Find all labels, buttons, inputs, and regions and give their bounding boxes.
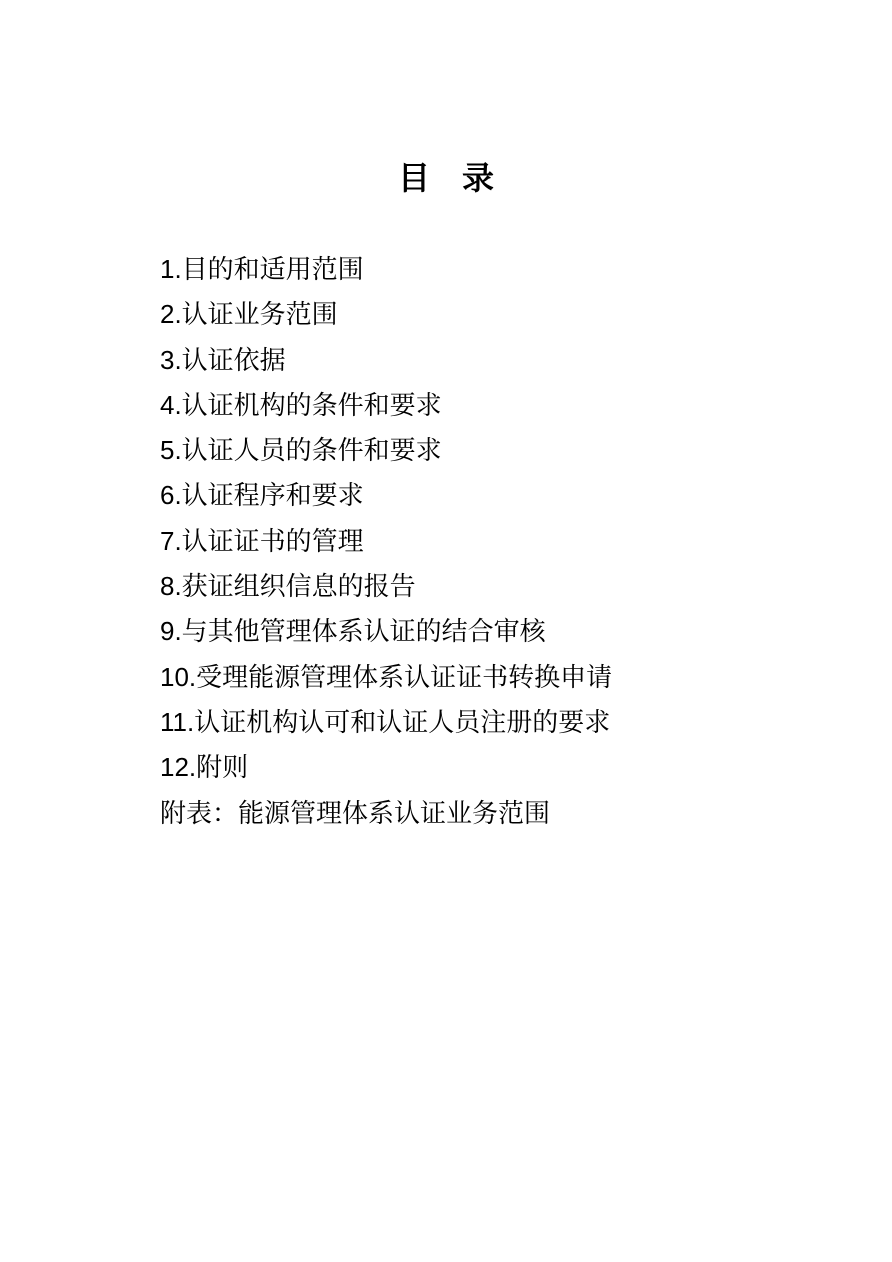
- toc-item: 9.与其他管理体系认证的结合审核: [160, 609, 792, 654]
- toc-item: 7.认证证书的管理: [160, 519, 792, 564]
- toc-item: 1.目的和适用范围: [160, 247, 792, 292]
- page-title: 目 录: [0, 160, 892, 196]
- toc-item: 4.认证机构的条件和要求: [160, 383, 792, 428]
- toc-item: 3.认证依据: [160, 338, 792, 383]
- toc-item: 2.认证业务范围: [160, 292, 792, 337]
- toc-item: 附表：能源管理体系认证业务范围: [160, 791, 792, 836]
- toc-item: 10.受理能源管理体系认证证书转换申请: [160, 655, 792, 700]
- document-page: 目 录 1.目的和适用范围 2.认证业务范围 3.认证依据 4.认证机构的条件和…: [0, 0, 892, 1262]
- toc-item: 6.认证程序和要求: [160, 473, 792, 518]
- toc-item: 5.认证人员的条件和要求: [160, 428, 792, 473]
- toc-item: 8.获证组织信息的报告: [160, 564, 792, 609]
- toc-item: 12.附则: [160, 745, 792, 790]
- table-of-contents: 1.目的和适用范围 2.认证业务范围 3.认证依据 4.认证机构的条件和要求 5…: [160, 247, 792, 836]
- toc-item: 11.认证机构认可和认证人员注册的要求: [160, 700, 792, 745]
